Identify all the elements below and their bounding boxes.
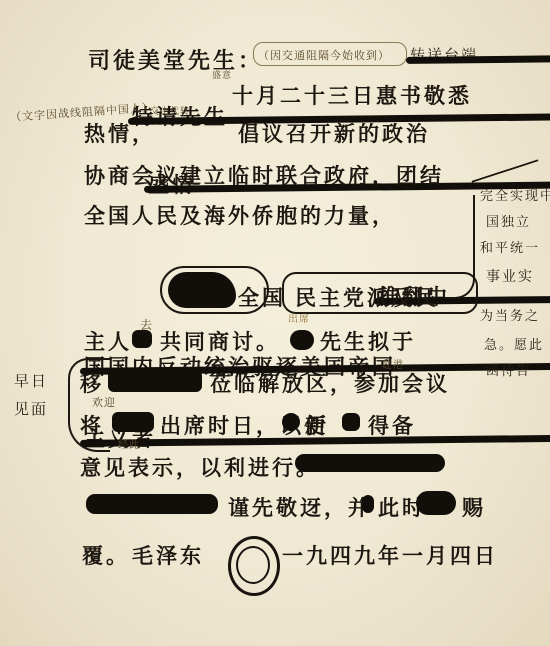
right-margin-line-2: 国独立 — [486, 211, 531, 230]
salutation: 司徒美堂先生： — [88, 44, 263, 75]
annotation-above-row2: 盛意 — [212, 68, 232, 81]
redaction-blot-3 — [108, 370, 202, 392]
redaction-blot-9 — [362, 495, 374, 513]
redaction-blot-10 — [416, 491, 456, 515]
row7-tail: 民主党派及民 — [295, 282, 439, 312]
annotation-row3: 交由代转 — [150, 104, 190, 117]
row4-text: 协商会议建立临时联合政府，团结 — [84, 160, 444, 190]
row10-d: 得备 — [368, 410, 416, 440]
annotation-above-row11: 经此 — [118, 436, 140, 451]
annotation-row10: 欢迎 — [92, 394, 116, 410]
row3-tail: 倡议召开新的政治 — [238, 118, 430, 148]
redaction-blot-2 — [290, 330, 314, 350]
left-margin-note-2: 见面 — [14, 398, 48, 419]
row12-d: 赐 — [462, 492, 486, 522]
redaction-blot-7 — [295, 454, 445, 472]
row12-b: 谨先敬迓，并 — [228, 492, 372, 522]
header-note: （因交通阻隔今始收到） — [258, 47, 390, 63]
right-margin-line-1: 完全实现中 — [480, 185, 550, 204]
row8-a: 主人 — [84, 326, 132, 356]
annotation-row9: 赴港 — [382, 356, 404, 371]
ink-seal-inner — [236, 546, 270, 584]
letter-date: 一九四九年一月四日 — [282, 540, 498, 570]
signature: 毛泽东 — [132, 540, 204, 570]
left-margin-note-1: 早日 — [14, 370, 48, 391]
right-margin-line-4: 事业实 — [486, 266, 534, 286]
right-margin-line-3: 和平统一 — [480, 237, 540, 256]
row8-b: 共同商讨。 — [160, 326, 280, 356]
row10-b: 出席时日，以便 — [160, 410, 328, 440]
row5-text: 全国人民及海外侨胞的力量， — [84, 200, 396, 230]
row10-c: 新 — [305, 410, 329, 440]
row11-text: 意见表示，以利进行。 — [80, 452, 320, 482]
redaction-blot-5 — [282, 413, 300, 431]
letter-received-date: 十月二十三日惠书敬悉 — [232, 80, 472, 110]
row8-c: 先生拟于 — [320, 326, 416, 356]
row9-b: 莅临解放区，参加会议 — [210, 368, 450, 398]
annotation-below-row7: 出席 — [288, 310, 310, 325]
right-margin-line-5: 为当务之 — [480, 305, 540, 324]
right-margin-line-7: 函待告 — [486, 360, 531, 379]
row7-loop-text: 全国 — [238, 282, 286, 312]
redaction-blot-4 — [112, 412, 154, 432]
row10-a: 将 — [80, 410, 104, 440]
header-struck-text: 转送台端 — [410, 44, 550, 65]
closing: 覆。 — [82, 540, 130, 570]
row3-prefix: 热情， — [84, 118, 156, 148]
right-margin-line-6: 急。愿此 — [484, 334, 544, 353]
redaction-blot-1 — [132, 330, 152, 348]
letter-page: 司徒美堂先生： （因交通阻隔今始收到） 转送台端 盛意 特请先生 十月二十三日惠… — [0, 0, 550, 646]
redaction-blot-6 — [342, 413, 360, 431]
redaction-blot-8 — [86, 494, 218, 514]
